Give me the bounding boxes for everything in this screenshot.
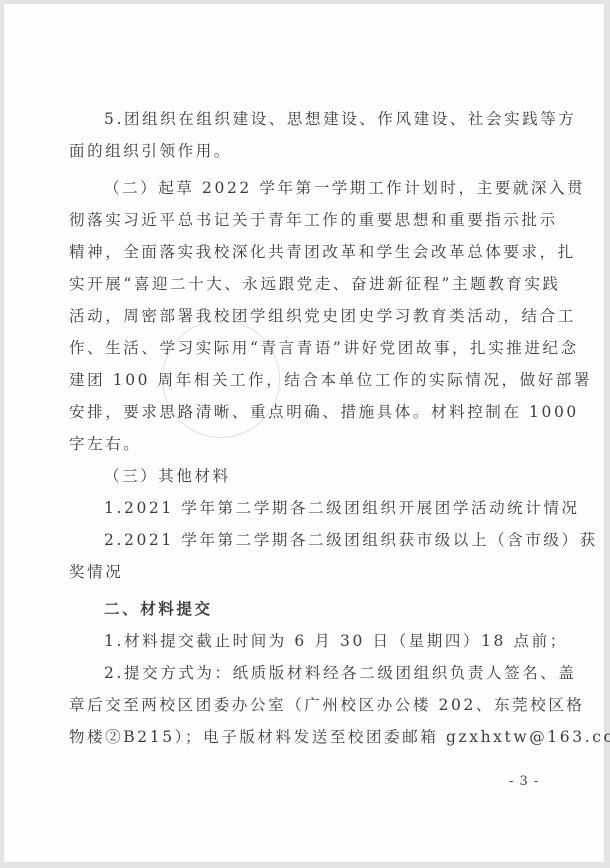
- paragraph-line: 精神，全面落实我校深化共青团改革和学生会改革总体要求，扎: [69, 242, 539, 262]
- list-item-2: 2.2021 学年第二学期各二级团组织获市级以上（含市级）获: [104, 530, 574, 550]
- submission-deadline: 1.材料提交截止时间为 6 月 30 日（星期四）18 点前；: [104, 631, 574, 651]
- paragraph-line: 物楼②B215）；电子版材料发送至校团委邮箱 gzxhxtw@163.com。: [69, 727, 539, 747]
- paragraph-line: 建团 100 周年相关工作，结合本单位工作的实际情况，做好部署: [69, 370, 539, 390]
- submission-method: 2.提交方式为：纸质版材料经各二级团组织负责人签名、盖: [104, 663, 574, 683]
- paragraph-line: 5.团组织在组织建设、思想建设、作风建设、社会实践等方: [104, 109, 574, 129]
- paragraph-line: 实开展“喜迎二十大、永远跟党走、奋进新征程”主题教育实践: [69, 274, 539, 294]
- paragraph-line: 字左右。: [69, 434, 539, 454]
- paragraph-line: 活动，周密部署我校团学组织党史团史学习教育类活动，结合工: [69, 306, 539, 326]
- document-page: 5.团组织在组织建设、思想建设、作风建设、社会实践等方 面的组织引领作用。 （二…: [4, 4, 604, 862]
- page-number: - 3 -: [509, 774, 539, 789]
- paragraph-line: 章后交至两校区团委办公室（广州校区办公楼 202、东莞校区格: [69, 695, 539, 715]
- list-item-1: 1.2021 学年第二学期各二级团组织开展团学活动统计情况: [104, 498, 574, 518]
- paragraph-line: 安排，要求思路清晰、重点明确、措施具体。材料控制在 1000: [69, 402, 539, 422]
- paragraph-line: 奖情况: [69, 562, 539, 582]
- section-heading-submission: 二、材料提交: [104, 599, 574, 619]
- paragraph-line: 彻落实习近平总书记关于青年工作的重要思想和重要指示批示: [69, 210, 539, 230]
- section-heading-2: （二）起草 2022 学年第一学期工作计划时，主要就深入贯: [104, 178, 574, 198]
- paragraph-line: 作、生活、学习实际用“青言青语”讲好党团故事，扎实推进纪念: [69, 338, 539, 358]
- section-heading-3: （三）其他材料: [104, 466, 574, 486]
- paragraph-line: 面的组织引领作用。: [69, 141, 539, 161]
